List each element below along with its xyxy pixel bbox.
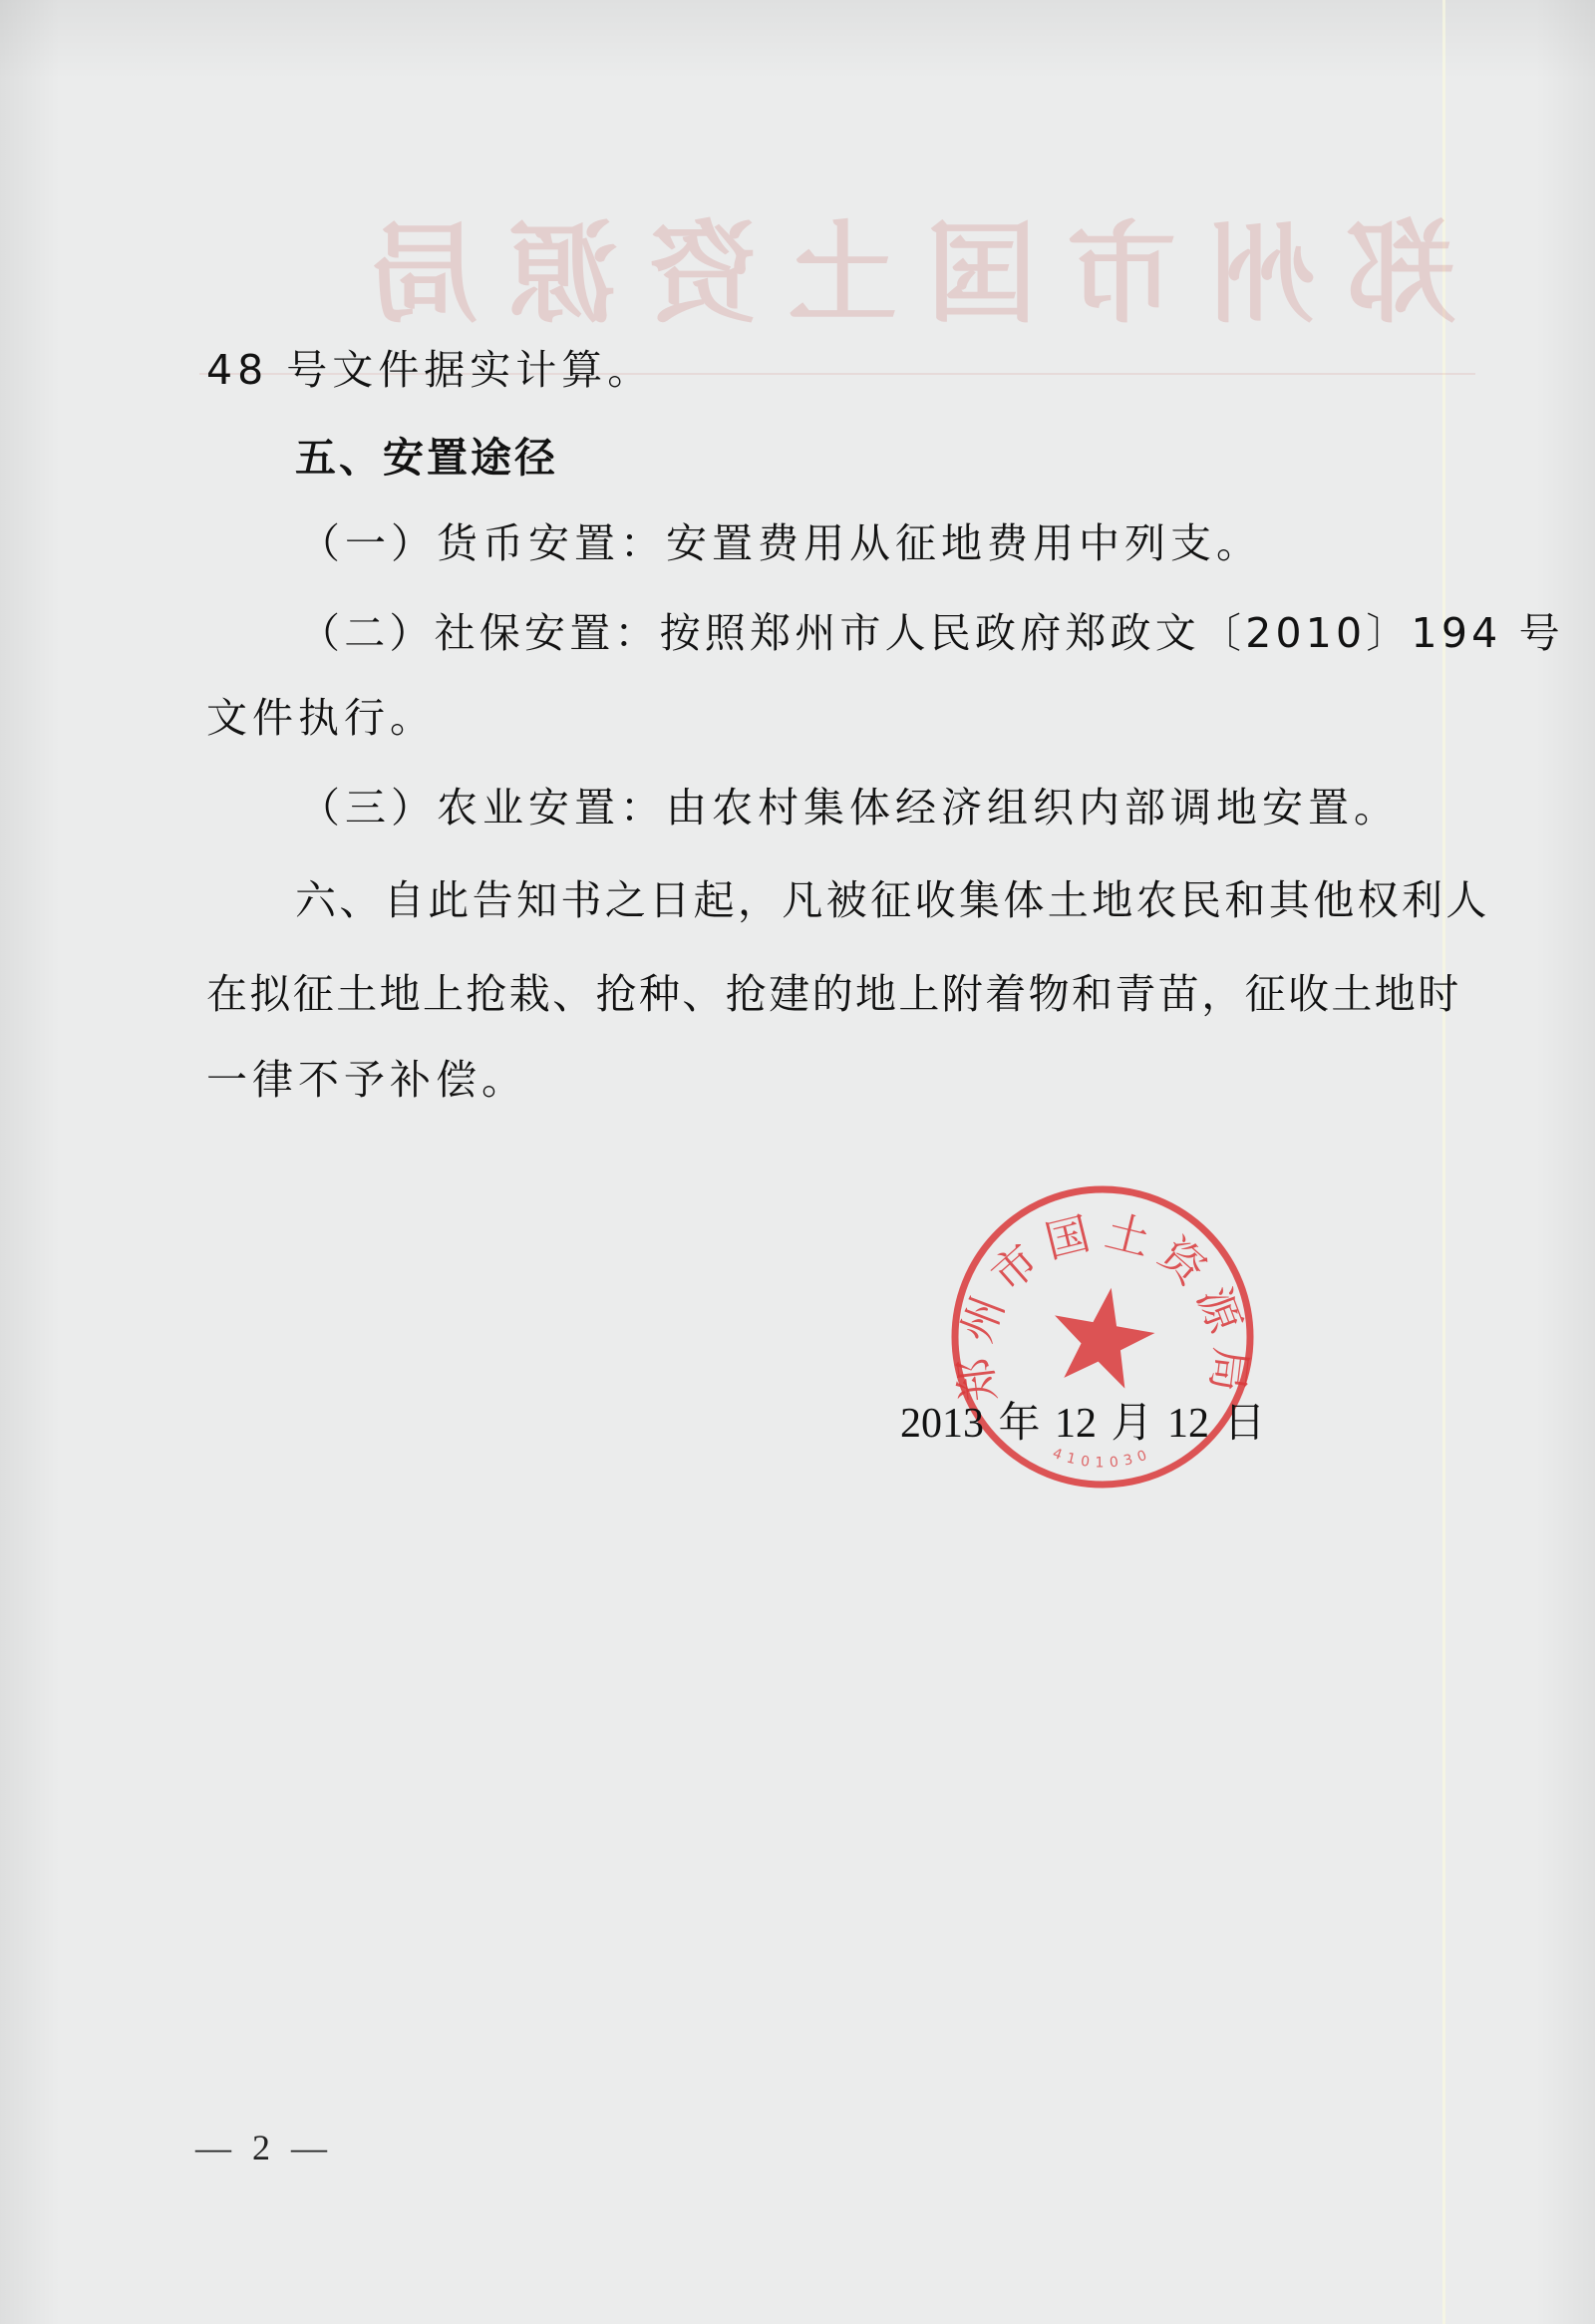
paragraph-six-line-1: 六、自此告知书之日起，凡被征收集体土地农民和其他权利人 [295,875,1490,925]
item-monetary-resettlement: （一）货币安置：安置费用从征地费用中列支。 [299,518,1262,568]
item-agricultural-resettlement: （三）农业安置：由农村集体经济组织内部调地安置。 [299,783,1400,832]
paragraph-six-line-2: 在拟征土地上抢栽、抢种、抢建的地上附着物和青苗，征收土地时 [206,969,1461,1019]
page-number: — 2 — [195,2126,333,2169]
item-social-security-resettlement: （二）社保安置：按照郑州市人民政府郑政文〔2010〕194 号 [299,608,1564,658]
body-line-document-execution: 文件执行。 [206,693,436,743]
seal-code: 4101030 [1051,1446,1155,1472]
body-line-1: 48 号文件据实计算。 [206,345,653,395]
svg-text:4101030: 4101030 [1051,1446,1155,1472]
signature-date: 2013 年 12 月 12 日 [900,1399,1266,1449]
star-icon [1045,1279,1161,1392]
paragraph-six-line-3: 一律不予补偿。 [206,1055,527,1105]
section-heading-five: 五、安置途径 [295,433,558,483]
scan-fold-line [1442,0,1445,2324]
reverse-side-header-showthrough: 郑州市国土资源局 [259,214,1455,334]
document-page: 郑州市国土资源局 48 号文件据实计算。 五、安置途径 （一）货币安置：安置费用… [0,0,1595,2324]
